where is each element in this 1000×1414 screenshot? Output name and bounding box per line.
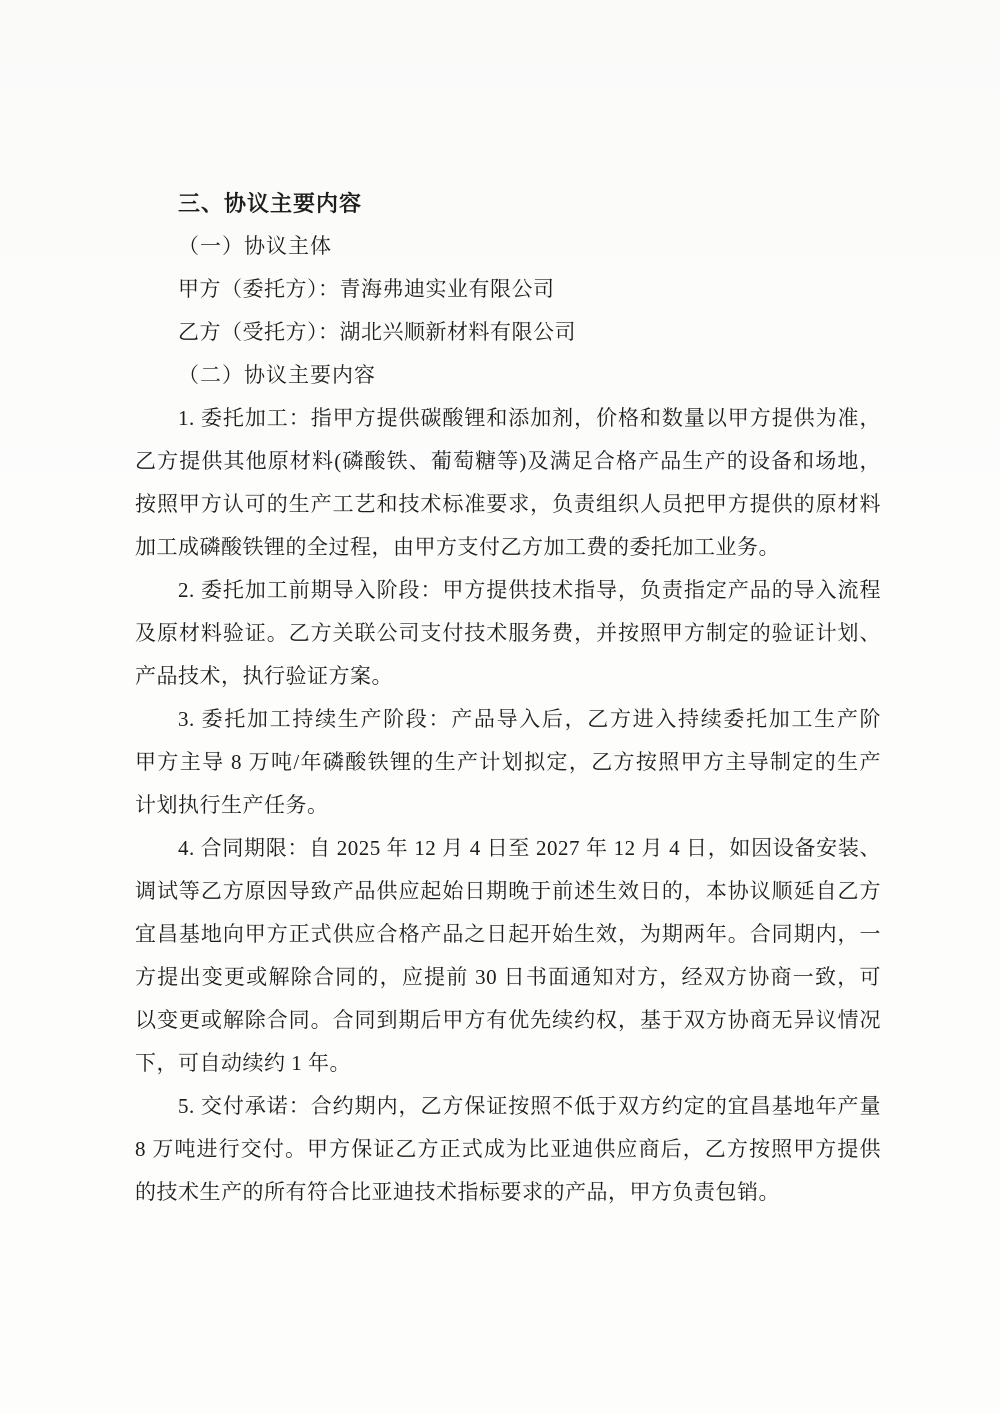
paragraph-line: 下，可自动续约 1 年。 (135, 1042, 881, 1085)
paragraph-line: 甲方主导 8 万吨/年磷酸铁锂的生产计划拟定，乙方按照甲方主导制定的生产 (135, 741, 881, 784)
paragraph-line: 宜昌基地向甲方正式供应合格产品之日起开始生效，为期两年。合同期内，一 (135, 913, 881, 956)
paragraph-line: 3. 委托加工持续生产阶段：产品导入后，乙方进入持续委托加工生产阶段， (135, 698, 881, 741)
party-b-line: 乙方（受托方）：湖北兴顺新材料有限公司 (135, 311, 881, 354)
paragraph-line: 产品技术，执行验证方案。 (135, 655, 881, 698)
paragraph-line: 乙方提供其他原材料(磷酸铁、葡萄糖等)及满足合格产品生产的设备和场地， (135, 440, 881, 483)
paragraph-line: 1. 委托加工：指甲方提供碳酸锂和添加剂，价格和数量以甲方提供为准， (135, 397, 881, 440)
paragraph-line: 2. 委托加工前期导入阶段：甲方提供技术指导，负责指定产品的导入流程 (135, 569, 881, 612)
paragraph-line: 4. 合同期限：自 2025 年 12 月 4 日至 2027 年 12 月 4… (135, 827, 881, 870)
paragraph-line: 的技术生产的所有符合比亚迪技术指标要求的产品，甲方负责包销。 (135, 1171, 881, 1214)
section-heading: 三、协议主要内容 (135, 182, 881, 225)
subsection-heading-1: （一）协议主体 (135, 225, 881, 268)
paragraph-line: 计划执行生产任务。 (135, 784, 881, 827)
paragraph-line: 调试等乙方原因导致产品供应起始日期晚于前述生效日的，本协议顺延自乙方 (135, 870, 881, 913)
contract-body: 三、协议主要内容 （一）协议主体 甲方（委托方）：青海弗迪实业有限公司 乙方（受… (135, 182, 881, 1214)
paragraph-line: 及原材料验证。乙方关联公司支付技术服务费，并按照甲方制定的验证计划、 (135, 612, 881, 655)
paragraph-line: 方提出变更或解除合同的，应提前 30 日书面通知对方，经双方协商一致，可 (135, 956, 881, 999)
subsection-heading-2: （二）协议主要内容 (135, 354, 881, 397)
party-a-line: 甲方（委托方）：青海弗迪实业有限公司 (135, 268, 881, 311)
paragraph-line: 5. 交付承诺：合约期内，乙方保证按照不低于双方约定的宜昌基地年产量 (135, 1085, 881, 1128)
paragraph-line: 8 万吨进行交付。甲方保证乙方正式成为比亚迪供应商后，乙方按照甲方提供 (135, 1128, 881, 1171)
paragraph-line: 以变更或解除合同。合同到期后甲方有优先续约权，基于双方协商无异议情况 (135, 999, 881, 1042)
document-page: 三、协议主要内容 （一）协议主体 甲方（委托方）：青海弗迪实业有限公司 乙方（受… (0, 0, 1000, 1414)
paragraph-line: 加工成磷酸铁锂的全过程，由甲方支付乙方加工费的委托加工业务。 (135, 526, 881, 569)
paragraph-line: 按照甲方认可的生产工艺和技术标准要求，负责组织人员把甲方提供的原材料 (135, 483, 881, 526)
